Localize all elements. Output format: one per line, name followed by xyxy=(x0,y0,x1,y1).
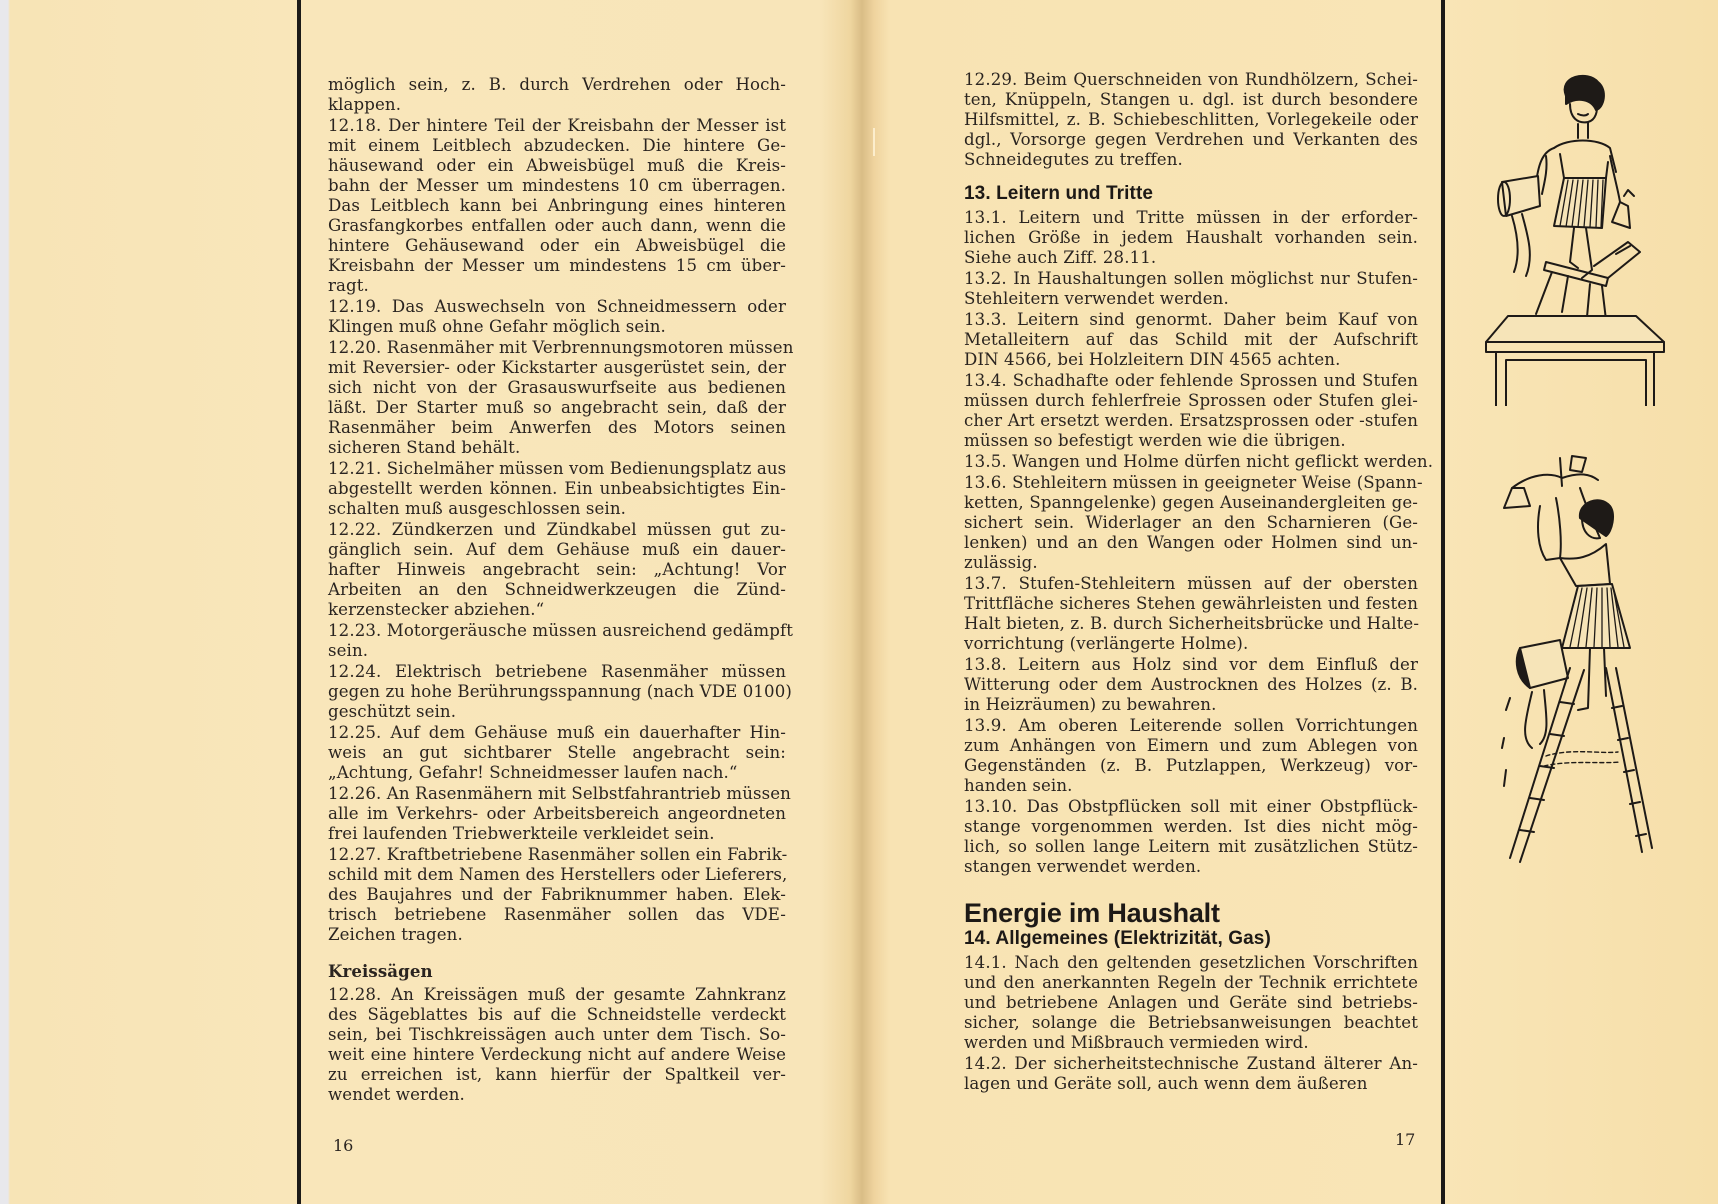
text-line: Trittfläche sicheres Stehen gewährleiste… xyxy=(964,594,1418,614)
paragraph: 13.2. In Haushaltungen sollen möglichst … xyxy=(964,269,1418,309)
paragraph: 13.9. Am oberen Leiterende sollen Vorric… xyxy=(964,716,1418,796)
text-line: 13.8. Leitern aus Holz sind vor dem Einf… xyxy=(964,655,1418,675)
section-heading: 14. Allgemeines (Elektrizität, Gas) xyxy=(964,929,1418,949)
text-line: hintere Gehäusewand oder ein Abweisbügel… xyxy=(328,236,786,256)
text-line: Das Leitblech kann bei Anbringung eines … xyxy=(328,196,786,216)
text-line: 13.6. Stehleitern müssen in geeigneter W… xyxy=(964,473,1418,493)
text-line: 12.20. Rasenmäher mit Verbrennungsmotore… xyxy=(328,338,786,358)
left-page-text-column: möglich sein, z. B. durch Verdrehen oder… xyxy=(328,75,786,1106)
paragraph: 13.10. Das Obstpflücken soll mit einer O… xyxy=(964,797,1418,877)
text-line: Hilfsmittel, z. B. Schiebeschlitten, Vor… xyxy=(964,110,1418,130)
paragraph: 13.5. Wangen und Holme dürfen nicht gefl… xyxy=(964,452,1418,472)
text-line: 12.27. Kraftbetriebene Rasenmäher sollen… xyxy=(328,845,786,865)
text-line: 13.5. Wangen und Holme dürfen nicht gefl… xyxy=(964,452,1418,472)
text-line: und den anerkannten Regeln der Technik e… xyxy=(964,973,1418,993)
text-line: 13.7. Stufen-Stehleitern müssen auf der … xyxy=(964,574,1418,594)
right-page-number: 17 xyxy=(1395,1130,1415,1149)
text-line: bahn der Messer um mindestens 10 cm über… xyxy=(328,176,786,196)
text-line: weit eine hintere Verdeckung nicht auf a… xyxy=(328,1045,786,1065)
text-line: sich nicht von der Grasauswurfseite aus … xyxy=(328,378,786,398)
text-line: Rasenmäher beim Anwerfen des Motors sein… xyxy=(328,418,786,438)
text-line: lich, so sollen lange Leitern mit zusätz… xyxy=(964,837,1418,857)
text-line: Arbeiten an den Schneidwerkzeugen die Zü… xyxy=(328,580,786,600)
text-line: zu erreichen ist, kann hierfür der Spalt… xyxy=(328,1065,786,1085)
text-line: 12.22. Zündkerzen und Zündkabel müssen g… xyxy=(328,520,786,540)
text-line: sein. xyxy=(328,641,786,661)
text-line: dgl., Vorsorge gegen Verdrehen und Verka… xyxy=(964,130,1418,150)
text-line: müssen durch fehlerfreie Sprossen oder S… xyxy=(964,391,1418,411)
text-line: abgestellt werden können. Ein unbeabsich… xyxy=(328,479,786,499)
text-line: Zeichen tragen. xyxy=(328,925,786,945)
book-spread: möglich sein, z. B. durch Verdrehen oder… xyxy=(0,0,1718,1204)
text-line: DIN 4566, bei Holzleitern DIN 4565 achte… xyxy=(964,350,1418,370)
text-line: stange vorgenommen werden. Ist dies nich… xyxy=(964,817,1418,837)
text-line: mit Reversier- oder Kickstarter ausgerüs… xyxy=(328,358,786,378)
text-line: sichert sein. Widerlager an den Scharnie… xyxy=(964,513,1418,533)
part-heading: Energie im Haushalt xyxy=(964,903,1418,923)
text-line: vorrichtung (verlängerte Holme). xyxy=(964,634,1418,654)
text-line: werden und Mißbrauch vermieden wird. xyxy=(964,1033,1418,1053)
text-line: und betriebene Anlagen und Geräte sind b… xyxy=(964,993,1418,1013)
text-line: zulässig. xyxy=(964,553,1418,573)
paragraph: 12.22. Zündkerzen und Zündkabel müssen g… xyxy=(328,520,786,620)
text-line: sicheren Stand behält. xyxy=(328,438,786,458)
woman-on-ladder-illustration-icon xyxy=(1490,448,1670,868)
subheading: Kreissägen xyxy=(328,961,786,981)
paragraph: 13.6. Stehleitern müssen in geeigneter W… xyxy=(964,473,1418,573)
woman-on-chair-on-table-illustration-icon xyxy=(1478,66,1678,406)
text-line: 12.26. An Rasenmähern mit Selbstfahrantr… xyxy=(328,784,786,804)
text-line: stangen verwendet werden. xyxy=(964,857,1418,877)
text-line: zum Anhängen von Eimern und zum Ablegen … xyxy=(964,736,1418,756)
text-line: 12.23. Motorgeräusche müssen ausreichend… xyxy=(328,621,786,641)
text-line: 13.2. In Haushaltungen sollen möglichst … xyxy=(964,269,1418,289)
text-line: 12.28. An Kreissägen muß der gesamte Zah… xyxy=(328,985,786,1005)
text-line: 13.10. Das Obstpflücken soll mit einer O… xyxy=(964,797,1418,817)
text-line: Stehleitern verwendet werden. xyxy=(964,289,1418,309)
text-line: Witterung oder dem Austrocknen des Holze… xyxy=(964,675,1418,695)
text-line: geschützt sein. xyxy=(328,702,786,722)
text-line: weis an gut sichtbarer Stelle angebracht… xyxy=(328,743,786,763)
right-page-text-column: 12.29. Beim Querschneiden von Rundhölzer… xyxy=(964,70,1418,1095)
text-line: in Heizräumen) zu bewahren. xyxy=(964,695,1418,715)
text-line: Metalleitern auf das Schild mit der Aufs… xyxy=(964,330,1418,350)
text-line: schalten muß ausgeschlossen sein. xyxy=(328,499,786,519)
text-line: lenken) und an den Wangen oder Holmen si… xyxy=(964,533,1418,553)
text-line: 13.3. Leitern sind genormt. Daher beim K… xyxy=(964,310,1418,330)
paragraph: 14.2. Der sicherheitstechnische Zustand … xyxy=(964,1054,1418,1094)
text-line: Klingen muß ohne Gefahr möglich sein. xyxy=(328,317,786,337)
paragraph: 12.19. Das Auswechseln von Schneidmesser… xyxy=(328,297,786,337)
text-line: hafter Hinweis angebracht sein: „Achtung… xyxy=(328,560,786,580)
text-line: des Baujahres und der Fabriknummer haben… xyxy=(328,885,786,905)
text-line: 12.21. Sichelmäher müssen vom Bedienungs… xyxy=(328,459,786,479)
text-line: gegen zu hohe Berührungsspannung (nach V… xyxy=(328,682,786,702)
section-heading: 13. Leitern und Tritte xyxy=(964,184,1418,204)
paragraph: 12.21. Sichelmäher müssen vom Bedienungs… xyxy=(328,459,786,519)
text-line: klappen. xyxy=(328,95,786,115)
text-line: ragt. xyxy=(328,276,786,296)
text-line: trisch betriebene Rasenmäher sollen das … xyxy=(328,905,786,925)
text-line: schild mit dem Namen des Herstellers ode… xyxy=(328,865,786,885)
text-line: gänglich sein. Auf dem Gehäuse muß ein d… xyxy=(328,540,786,560)
text-line: Grasfangkorbes entfallen oder auch dann,… xyxy=(328,216,786,236)
paragraph: 12.25. Auf dem Gehäuse muß ein dauerhaft… xyxy=(328,723,786,783)
text-line: des Sägeblattes bis auf die Schneidstell… xyxy=(328,1005,786,1025)
text-line: 13.1. Leitern und Tritte müssen in der e… xyxy=(964,208,1418,228)
text-line: 12.19. Das Auswechseln von Schneidmesser… xyxy=(328,297,786,317)
paragraph: 13.1. Leitern und Tritte müssen in der e… xyxy=(964,208,1418,268)
paragraph: 13.4. Schadhafte oder fehlende Sprossen … xyxy=(964,371,1418,451)
paragraph: 12.20. Rasenmäher mit Verbrennungsmotore… xyxy=(328,338,786,458)
text-line: 13.9. Am oberen Leiterende sollen Vorric… xyxy=(964,716,1418,736)
text-line: ketten, Spanngelenke) gegen Auseinanderg… xyxy=(964,493,1418,513)
paragraph: 12.28. An Kreissägen muß der gesamte Zah… xyxy=(328,985,786,1105)
text-line: läßt. Der Starter muß so angebracht sein… xyxy=(328,398,786,418)
text-line: handen sein. xyxy=(964,776,1418,796)
paragraph: 13.8. Leitern aus Holz sind vor dem Einf… xyxy=(964,655,1418,715)
text-line: 14.1. Nach den geltenden gesetzlichen Vo… xyxy=(964,953,1418,973)
text-line: 12.18. Der hintere Teil der Kreisbahn de… xyxy=(328,116,786,136)
text-line: Gegenständen (z. B. Putzlappen, Werkzeug… xyxy=(964,756,1418,776)
text-line: cher Art ersetzt werden. Ersatzsprossen … xyxy=(964,411,1418,431)
text-line: „Achtung, Gefahr! Schneidmesser laufen n… xyxy=(328,763,786,783)
paragraph: 13.7. Stufen-Stehleitern müssen auf der … xyxy=(964,574,1418,654)
text-line: möglich sein, z. B. durch Verdrehen oder… xyxy=(328,75,786,95)
right-page-border xyxy=(1441,0,1445,1204)
text-line: Halt bieten, z. B. durch Sicherheitsbrüc… xyxy=(964,614,1418,634)
text-line: häusewand oder ein Abweisbügel muß die K… xyxy=(328,156,786,176)
text-line: Siehe auch Ziff. 28.11. xyxy=(964,248,1418,268)
paragraph: 12.24. Elektrisch betriebene Rasenmäher … xyxy=(328,662,786,722)
paragraph: 14.1. Nach den geltenden gesetzlichen Vo… xyxy=(964,953,1418,1053)
text-line: 13.4. Schadhafte oder fehlende Sprossen … xyxy=(964,371,1418,391)
text-line: sicher, solange die Betriebsanweisungen … xyxy=(964,1013,1418,1033)
text-line: 12.24. Elektrisch betriebene Rasenmäher … xyxy=(328,662,786,682)
text-line: lichen Größe in jedem Haushalt vorhanden… xyxy=(964,228,1418,248)
text-line: frei laufenden Triebwerkteile verkleidet… xyxy=(328,824,786,844)
text-line: lagen und Geräte soll, auch wenn dem äuß… xyxy=(964,1074,1418,1094)
text-line: ten, Knüppeln, Stangen u. dgl. ist durch… xyxy=(964,90,1418,110)
paragraph: 12.18. Der hintere Teil der Kreisbahn de… xyxy=(328,116,786,296)
left-page-number: 16 xyxy=(333,1136,353,1155)
text-line: Kreisbahn der Messer um mindestens 15 cm… xyxy=(328,256,786,276)
text-line: 12.25. Auf dem Gehäuse muß ein dauerhaft… xyxy=(328,723,786,743)
paragraph: 12.26. An Rasenmähern mit Selbstfahrantr… xyxy=(328,784,786,844)
text-line: 12.29. Beim Querschneiden von Rundhölzer… xyxy=(964,70,1418,90)
text-line: mit einem Leitblech abzudecken. Die hint… xyxy=(328,136,786,156)
text-line: Schneidegutes zu treffen. xyxy=(964,150,1418,170)
text-line: wendet werden. xyxy=(328,1085,786,1105)
text-line: alle im Verkehrs- oder Arbeitsbereich an… xyxy=(328,804,786,824)
left-page-border xyxy=(297,0,301,1204)
text-line: müssen so befestigt werden wie die übrig… xyxy=(964,431,1418,451)
gutter-highlight xyxy=(873,128,875,156)
paragraph: 13.3. Leitern sind genormt. Daher beim K… xyxy=(964,310,1418,370)
paragraph: 12.27. Kraftbetriebene Rasenmäher sollen… xyxy=(328,845,786,945)
paragraph: 12.23. Motorgeräusche müssen ausreichend… xyxy=(328,621,786,661)
paragraph: 12.29. Beim Querschneiden von Rundhölzer… xyxy=(964,70,1418,170)
text-line: kerzenstecker abziehen.“ xyxy=(328,600,786,620)
paragraph: möglich sein, z. B. durch Verdrehen oder… xyxy=(328,75,786,115)
text-line: sein, bei Tischkreissägen auch unter dem… xyxy=(328,1025,786,1045)
text-line: 14.2. Der sicherheitstechnische Zustand … xyxy=(964,1054,1418,1074)
